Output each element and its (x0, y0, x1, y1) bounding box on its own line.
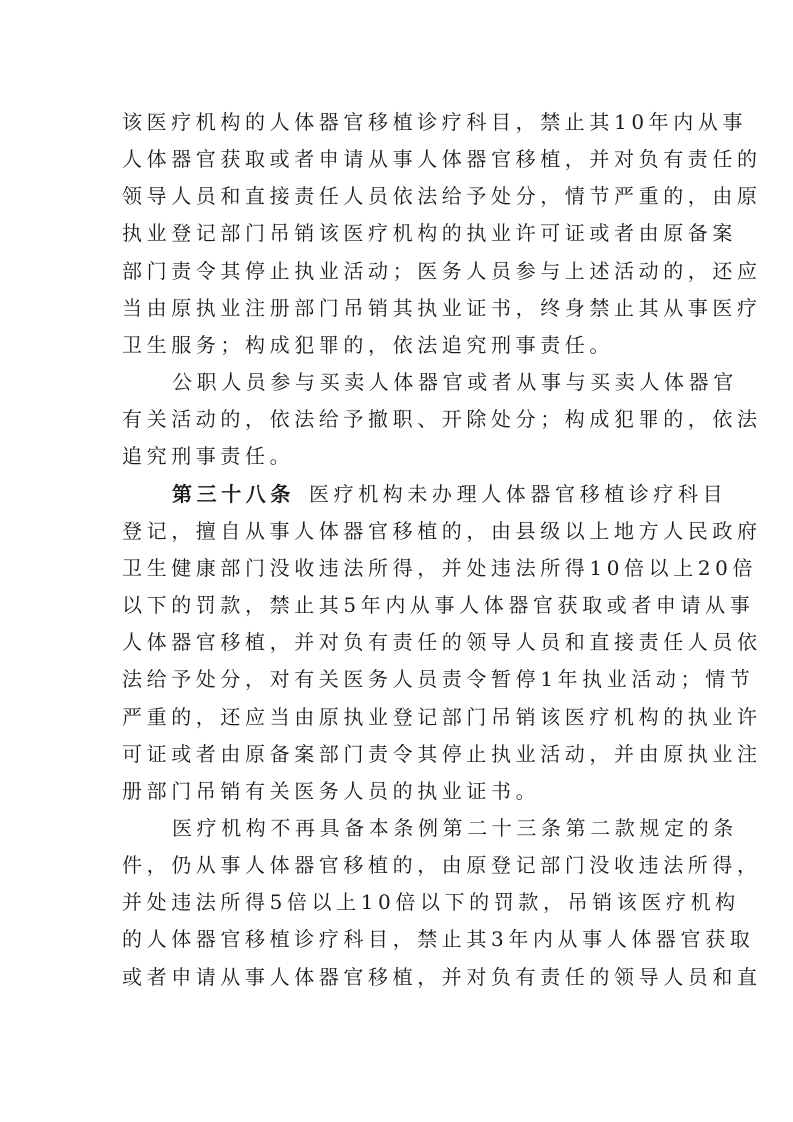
text-line: 并处违法所得5倍以上10倍以下的罚款，吊销该医疗机构 (122, 884, 674, 921)
paragraph-public-officials: 公职人员参与买卖人体器官或者从事与买卖人体器官 有关活动的，依法给予撤职、开除处… (122, 364, 674, 475)
text-line: 领导人员和直接责任人员依法给予处分，情节严重的，由原 (122, 178, 674, 215)
text-line: 该医疗机构的人体器官移植诊疗科目，禁止其10年内从事 (122, 104, 674, 141)
text-line: 以下的罚款，禁止其5年内从事人体器官获取或者申请从事 (122, 587, 674, 624)
text-line: 法给予处分，对有关医务人员责令暂停1年执业活动；情节 (122, 661, 674, 698)
text-line: 有关活动的，依法给予撤职、开除处分；构成犯罪的，依法 (122, 401, 674, 438)
text-line: 追究刑事责任。 (122, 438, 674, 475)
text-line: 可证或者由原备案部门责令其停止执业活动，并由原执业注 (122, 736, 674, 773)
text-line: 当由原执业注册部门吊销其执业证书，终身禁止其从事医疗 (122, 290, 674, 327)
text-line: 的人体器官移植诊疗科目，禁止其3年内从事人体器官获取 (122, 921, 674, 958)
text-line: 卫生健康部门没收违法所得，并处违法所得10倍以上20倍 (122, 550, 674, 587)
text-line: 人体器官获取或者申请从事人体器官移植，并对负有责任的 (122, 141, 674, 178)
text-fragment: 医疗机构未办理人体器官移植诊疗科目 (309, 482, 727, 506)
paragraph-article-38: 第三十八条医疗机构未办理人体器官移植诊疗科目 登记，擅自从事人体器官移植的，由县… (122, 476, 674, 810)
text-line: 医疗机构不再具备本条例第二十三条第二款规定的条 (122, 810, 674, 847)
text-line: 登记，擅自从事人体器官移植的，由县级以上地方人民政府 (122, 513, 674, 550)
text-line: 或者申请从事人体器官移植，并对负有责任的领导人员和直 (122, 959, 674, 996)
text-line: 卫生服务；构成犯罪的，依法追究刑事责任。 (122, 327, 674, 364)
text-line: 件，仍从事人体器官移植的，由原登记部门没收违法所得， (122, 847, 674, 884)
text-line: 册部门吊销有关医务人员的执业证书。 (122, 773, 674, 810)
text-line: 公职人员参与买卖人体器官或者从事与买卖人体器官 (122, 364, 674, 401)
text-line: 第三十八条医疗机构未办理人体器官移植诊疗科目 (122, 476, 674, 513)
text-line: 严重的，还应当由原执业登记部门吊销该医疗机构的执业许 (122, 699, 674, 736)
text-line: 执业登记部门吊销该医疗机构的执业许可证或者由原备案 (122, 215, 674, 252)
text-line: 人体器官移植，并对负有责任的领导人员和直接责任人员依 (122, 624, 674, 661)
paragraph-continuation: 该医疗机构的人体器官移植诊疗科目，禁止其10年内从事 人体器官获取或者申请从事人… (122, 104, 674, 364)
paragraph-article-38-second: 医疗机构不再具备本条例第二十三条第二款规定的条 件，仍从事人体器官移植的，由原登… (122, 810, 674, 996)
article-number: 第三十八条 (172, 482, 295, 506)
document-page: 该医疗机构的人体器官移植诊疗科目，禁止其10年内从事 人体器官获取或者申请从事人… (122, 104, 674, 996)
text-line: 部门责令其停止执业活动；医务人员参与上述活动的，还应 (122, 253, 674, 290)
